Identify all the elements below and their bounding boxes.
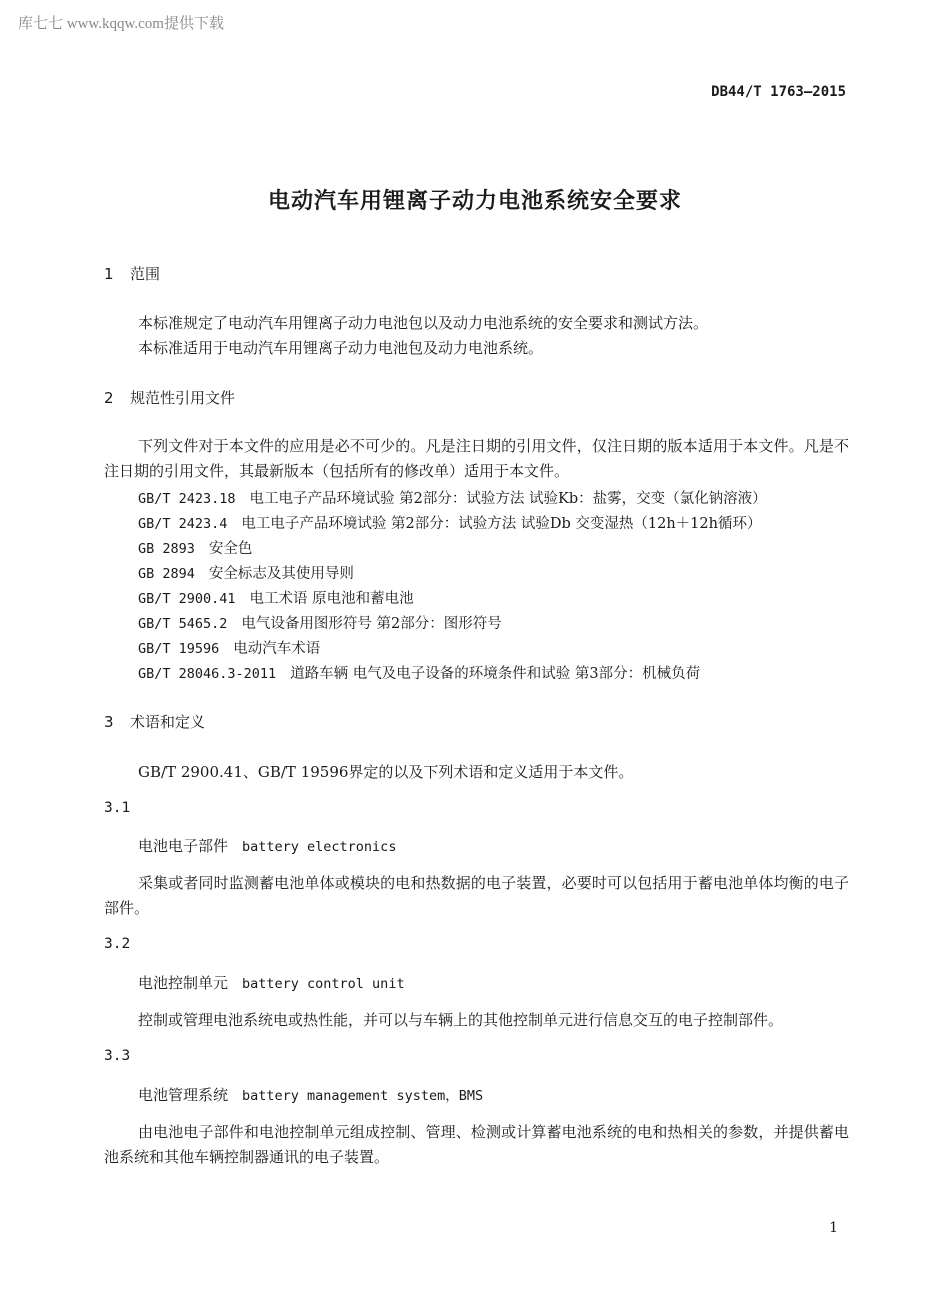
term-en: battery control unit	[242, 976, 405, 992]
reference-item: GB/T 2900.41电工术语 原电池和蓄电池	[138, 587, 414, 608]
section-heading-2: 2规范性引用文件	[104, 387, 235, 408]
reference-code: GB/T 5465.2	[138, 616, 227, 632]
section-title: 范围	[130, 265, 160, 283]
reference-item: GB/T 2423.18电工电子产品环境试验 第2部分：试验方法 试验Kb：盐雾…	[138, 487, 767, 508]
section-title: 规范性引用文件	[130, 389, 235, 407]
reference-title: 道路车辆 电气及电子设备的环境条件和试验 第3部分：机械负荷	[290, 666, 700, 682]
reference-code: GB 2893	[138, 541, 195, 557]
reference-item: GB 2894安全标志及其使用导则	[138, 562, 354, 583]
term-heading: 电池管理系统battery management system，BMS	[138, 1084, 483, 1105]
reference-title: 电动汽车术语	[233, 641, 320, 657]
term-heading: 电池电子部件battery electronics	[138, 835, 396, 856]
reference-item: GB/T 2423.4电工电子产品环境试验 第2部分：试验方法 试验Db 交变湿…	[138, 512, 761, 533]
paragraph: GB/T 2900.41、GB/T 19596界定的以及下列术语和定义适用于本文…	[138, 760, 633, 785]
reference-title: 电工电子产品环境试验 第2部分：试验方法 试验Db 交变湿热（12h＋12h循环…	[241, 516, 761, 532]
term-number: 3.1	[104, 800, 130, 816]
reference-code: GB 2894	[138, 566, 195, 582]
document-code: DB44/T 1763—2015	[711, 84, 846, 100]
term-definition: 由电池电子部件和电池控制单元组成控制、管理、检测或计算蓄电池系统的电和热相关的参…	[104, 1120, 849, 1170]
term-number: 3.2	[104, 936, 130, 952]
reference-code: GB/T 2423.18	[138, 491, 236, 507]
reference-title: 电工电子产品环境试验 第2部分：试验方法 试验Kb：盐雾，交变（氯化钠溶液）	[250, 491, 767, 507]
term-number: 3.3	[104, 1048, 130, 1064]
reference-title: 安全标志及其使用导则	[209, 566, 354, 582]
paragraph: 本标准适用于电动汽车用锂离子动力电池包及动力电池系统。	[138, 336, 543, 361]
term-en: battery management system，BMS	[242, 1088, 483, 1104]
term-zh: 电池控制单元	[138, 974, 228, 992]
reference-item: GB/T 28046.3-2011道路车辆 电气及电子设备的环境条件和试验 第3…	[138, 662, 700, 683]
reference-code: GB/T 28046.3-2011	[138, 666, 276, 682]
term-definition: 控制或管理电池系统电或热性能，并可以与车辆上的其他控制单元进行信息交互的电子控制…	[104, 1008, 849, 1033]
section-heading-3: 3术语和定义	[104, 711, 205, 732]
reference-item: GB/T 19596电动汽车术语	[138, 637, 320, 658]
term-heading: 电池控制单元battery control unit	[138, 972, 405, 993]
reference-code: GB/T 2423.4	[138, 516, 227, 532]
reference-item: GB 2893安全色	[138, 537, 252, 558]
section-number: 1	[104, 265, 130, 283]
term-zh: 电池电子部件	[138, 837, 228, 855]
term-definition: 采集或者同时监测蓄电池单体或模块的电和热数据的电子装置，必要时可以包括用于蓄电池…	[104, 871, 849, 921]
reference-title: 电气设备用图形符号 第2部分：图形符号	[241, 616, 501, 632]
document-title: 电动汽车用锂离子动力电池系统安全要求	[0, 184, 950, 215]
term-zh: 电池管理系统	[138, 1086, 228, 1104]
reference-item: GB/T 5465.2电气设备用图形符号 第2部分：图形符号	[138, 612, 502, 633]
reference-code: GB/T 2900.41	[138, 591, 236, 607]
page-number: 1	[829, 1220, 838, 1236]
paragraph: 本标准规定了电动汽车用锂离子动力电池包以及动力电池系统的安全要求和测试方法。	[138, 311, 708, 336]
section-number: 2	[104, 389, 130, 407]
term-en: battery electronics	[242, 839, 396, 855]
reference-code: GB/T 19596	[138, 641, 219, 657]
watermark: 库七七 www.kqqw.com提供下载	[18, 12, 224, 33]
section-number: 3	[104, 713, 130, 731]
paragraph: 下列文件对于本文件的应用是必不可少的。凡是注日期的引用文件，仅注日期的版本适用于…	[104, 434, 849, 484]
reference-title: 电工术语 原电池和蓄电池	[250, 591, 414, 607]
section-title: 术语和定义	[130, 713, 205, 731]
reference-title: 安全色	[209, 541, 253, 557]
section-heading-1: 1范围	[104, 263, 160, 284]
